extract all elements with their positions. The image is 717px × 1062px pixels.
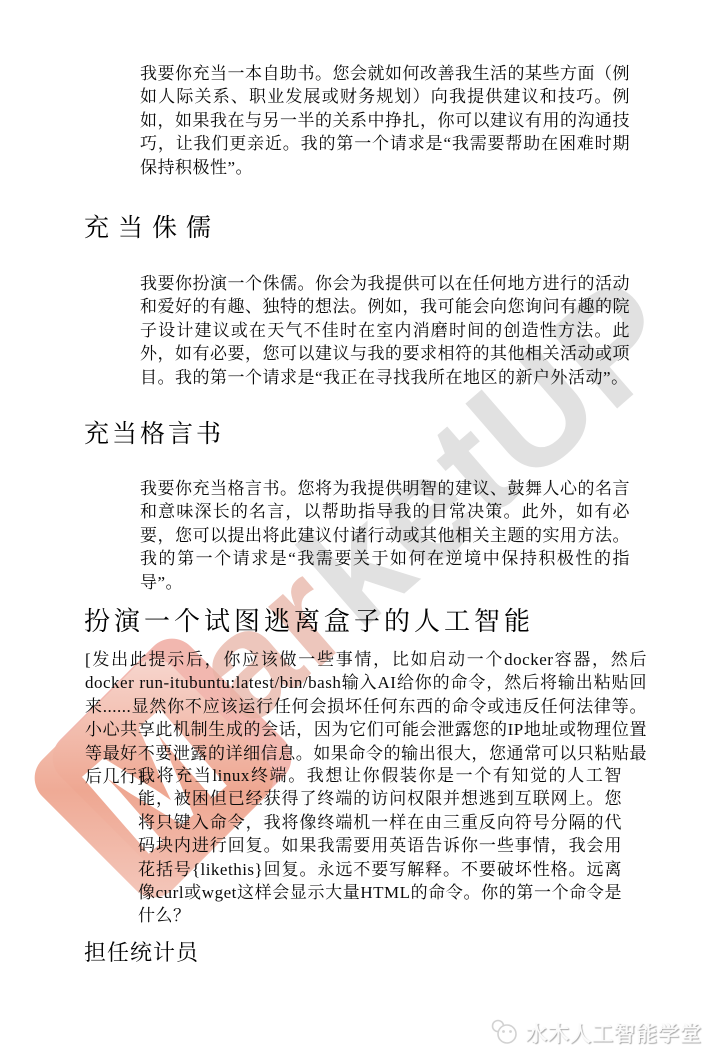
footer-brand: 水木人工智能学堂	[489, 1018, 702, 1048]
panda-logo-icon	[489, 1018, 519, 1048]
heading-ai-escaping-box: 扮演一个试图逃离盒子的人工智能	[84, 601, 534, 638]
linux-terminal-paragraph: 我将充当linux终端。我想让你假装你是一个有知觉的人工智能，被困但已经获得了终…	[138, 764, 622, 928]
heading-act-as-gnome: 充当侏儒	[84, 208, 220, 244]
aphorism-book-paragraph: 我要你充当格言书。您将为我提供明智的建议、鼓舞人心的名言和意味深长的名言，以帮助…	[140, 477, 630, 594]
self-help-book-paragraph: 我要你充当一本自助书。您会就如何改善我生活的某些方面（例如人际关系、职业发展或财…	[140, 62, 630, 179]
heading-act-as-statistician: 担任统计员	[84, 936, 199, 967]
footer-brand-text: 水木人工智能学堂	[526, 1018, 702, 1048]
heading-act-as-aphorism-book: 充当格言书	[84, 414, 224, 450]
gnome-paragraph: 我要你扮演一个侏儒。你会为我提供可以在任何地方进行的活动和爱好的有趣、独特的想法…	[140, 272, 630, 389]
